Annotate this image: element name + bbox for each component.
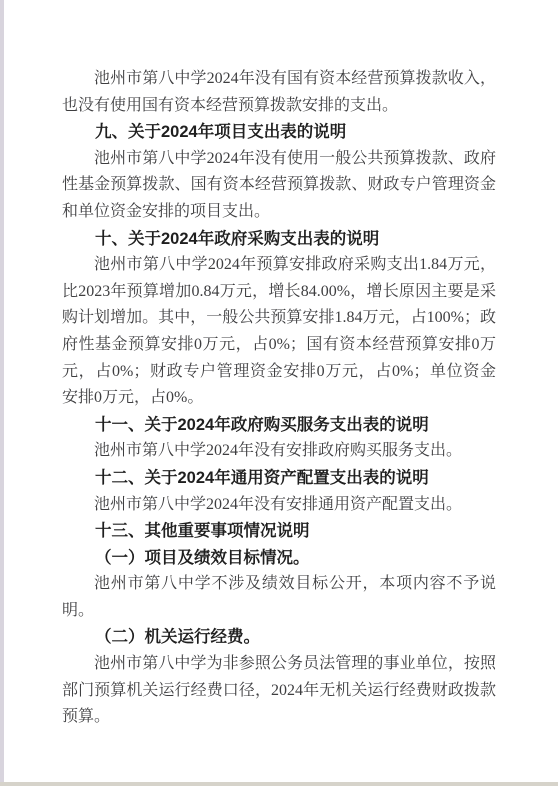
- section-heading: 十三、其他重要事项情况说明: [62, 518, 496, 545]
- sub-heading: （二）机关运行经费。: [62, 624, 496, 651]
- paragraph: 池州市第八中学2024年没有国有资本经营预算拨款收入，也没有使用国有资本经营预算…: [62, 66, 496, 119]
- sub-heading: （一）项目及绩效目标情况。: [62, 545, 496, 572]
- section-heading: 九、关于2024年项目支出表的说明: [62, 119, 496, 146]
- section-heading: 十、关于2024年政府采购支出表的说明: [62, 226, 496, 253]
- page-left-edge: [0, 0, 4, 786]
- document-body: 池州市第八中学2024年没有国有资本经营预算拨款收入，也没有使用国有资本经营预算…: [62, 66, 496, 731]
- paragraph: 池州市第八中学为非参照公务员法管理的事业单位，按照部门预算机关运行经费口径，20…: [62, 651, 496, 731]
- document-page: 池州市第八中学2024年没有国有资本经营预算拨款收入，也没有使用国有资本经营预算…: [0, 0, 558, 786]
- section-heading: 十一、关于2024年政府购买服务支出表的说明: [62, 412, 496, 439]
- paragraph: 池州市第八中学2024年没有安排政府购买服务支出。: [62, 438, 496, 465]
- paragraph: 池州市第八中学不涉及绩效目标公开，本项内容不予说明。: [62, 571, 496, 624]
- paragraph: 池州市第八中学2024年预算安排政府采购支出1.84万元，比2023年预算增加0…: [62, 252, 496, 412]
- paragraph: 池州市第八中学2024年没有安排通用资产配置支出。: [62, 492, 496, 519]
- page-bottom-edge: [0, 782, 558, 786]
- paragraph: 池州市第八中学2024年没有使用一般公共预算拨款、政府性基金预算拨款、国有资本经…: [62, 146, 496, 226]
- section-heading: 十二、关于2024年通用资产配置支出表的说明: [62, 465, 496, 492]
